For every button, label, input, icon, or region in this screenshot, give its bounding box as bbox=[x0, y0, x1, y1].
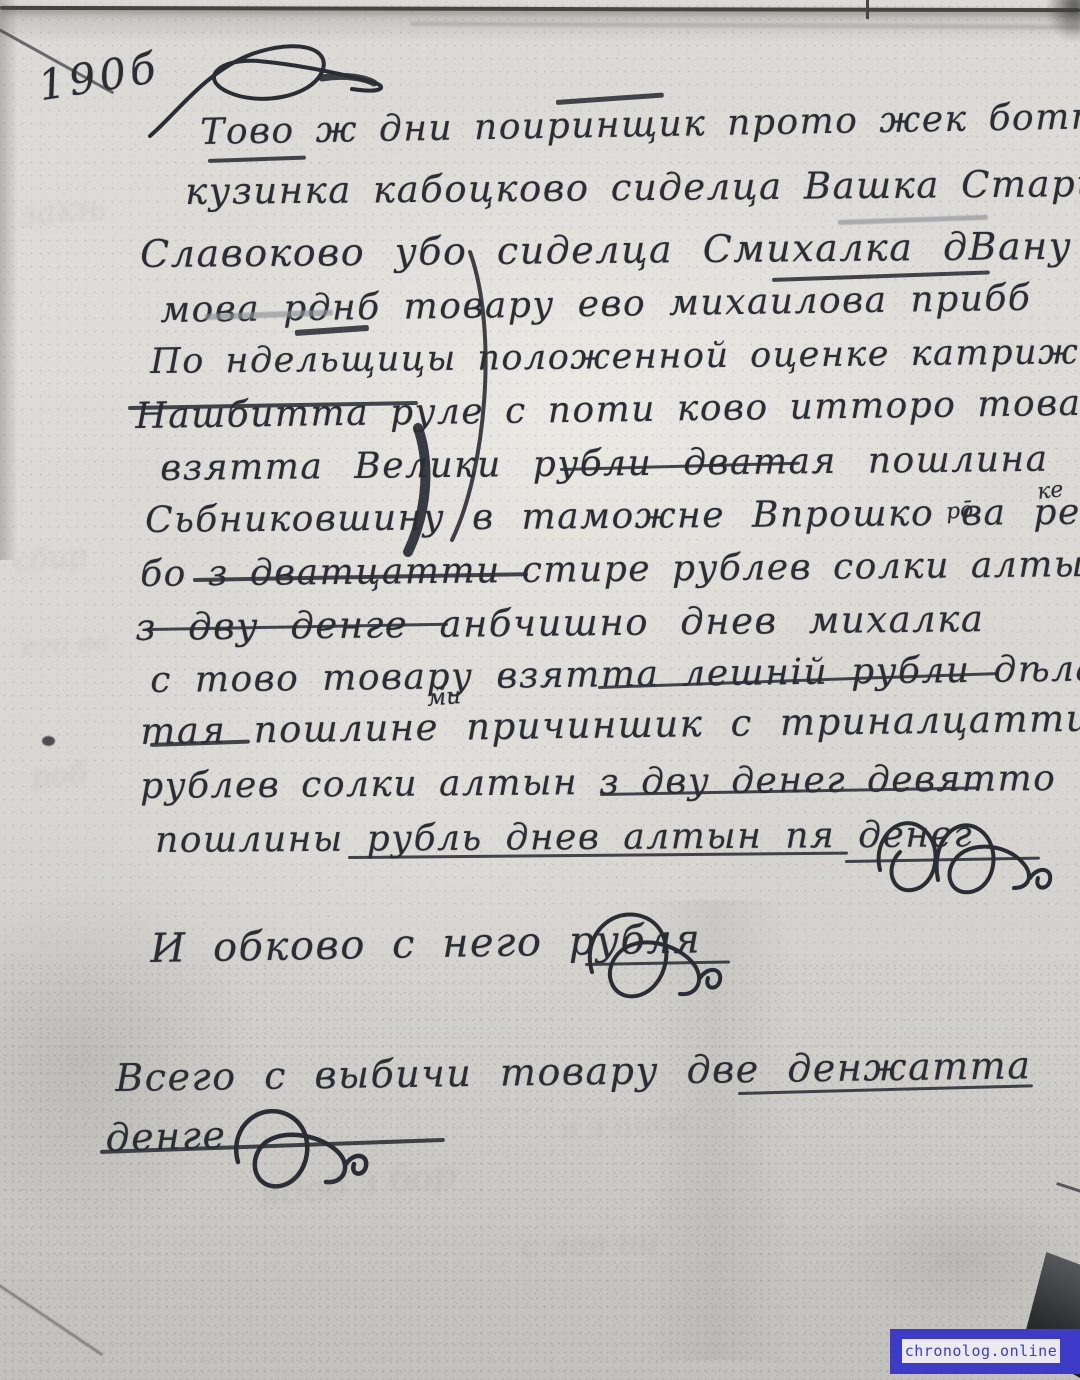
watermark-badge: chronolog.online bbox=[890, 1329, 1080, 1374]
edge-scratch-mark bbox=[1056, 1182, 1080, 1193]
ghost-bleed-line: с лав ни bbox=[520, 1221, 660, 1266]
manuscript-line: Сьбниковшину в таможне Впрошко ва ре bbox=[145, 492, 1080, 541]
ink-strike-line bbox=[838, 215, 988, 225]
manuscript-line: рублев солки алтын з дву денег девятто bbox=[140, 758, 1057, 807]
folio-number: 190б bbox=[35, 43, 163, 110]
manuscript-line: Тово ж дни поиринщик прото жек ботта Сем… bbox=[200, 93, 1080, 153]
manuscript-superscript: м̃и bbox=[426, 683, 462, 712]
manuscript-line: По ндельщицы положенной оценке катриждов bbox=[150, 332, 1080, 382]
ghost-bleed-line: его ва bbox=[20, 624, 112, 663]
manuscript-superscript: ке bbox=[1036, 477, 1065, 505]
top-right-smudge bbox=[1046, 0, 1080, 42]
watermark-text: chronolog.online bbox=[905, 1342, 1058, 1360]
manuscript-line: Славоково убо сиделца Смихалка дВану bbox=[140, 224, 1072, 276]
ghost-bleed-line: закњ bbox=[16, 187, 108, 235]
bottom-left-corner-crease bbox=[0, 1280, 103, 1356]
manuscript-line: бо з дватцатти стире рублев солки алтын bbox=[140, 544, 1080, 595]
manuscript-superscript: рō bbox=[945, 498, 974, 525]
ink-spot bbox=[42, 736, 55, 746]
manuscript-line: мова рднб товару ево михаилова прибб bbox=[160, 278, 1032, 331]
page-top-edge-line bbox=[0, 6, 1080, 12]
ink-strike-line bbox=[208, 156, 306, 163]
manuscript-line: кузинка кабоцково сиделца Вашка Старицов… bbox=[185, 161, 1080, 213]
manuscript-line: тая пошлине причиншик с триналцатти bbox=[140, 697, 1080, 753]
ink-strike-line bbox=[556, 92, 664, 105]
manuscript-line: Нашбитта руле с поти ково итторо товару bbox=[135, 382, 1080, 437]
photocopy-noise-dense bbox=[0, 960, 1080, 1380]
manuscript-photo: 190б Тово ж дни поиринщик прото жек ботт… bbox=[0, 0, 1080, 1380]
ghost-bleed-line: в з писа bbox=[560, 1103, 688, 1147]
ghost-bleed-line: роб bbox=[30, 756, 88, 795]
ghost-bleed-line: ядоб з бор bbox=[255, 1154, 458, 1216]
ink-strike-line bbox=[845, 857, 1040, 863]
manuscript-line: взятта Велики рубли дватая пошлина bbox=[160, 439, 1049, 489]
manuscript-line: Всего с выбичи товару две денжатта bbox=[115, 1043, 1032, 1100]
manuscript-line: з дву денге анбчишно днев михалка bbox=[135, 597, 985, 649]
top-edge-tick-mark bbox=[866, 0, 869, 19]
opening-flourish-leaf bbox=[322, 76, 374, 83]
left-edge-shading bbox=[0, 0, 18, 560]
page-top-edge-shadow bbox=[410, 22, 1080, 29]
ghost-bleed-line: сбир bbox=[12, 539, 88, 580]
watermark-panel: chronolog.online bbox=[902, 1339, 1060, 1363]
